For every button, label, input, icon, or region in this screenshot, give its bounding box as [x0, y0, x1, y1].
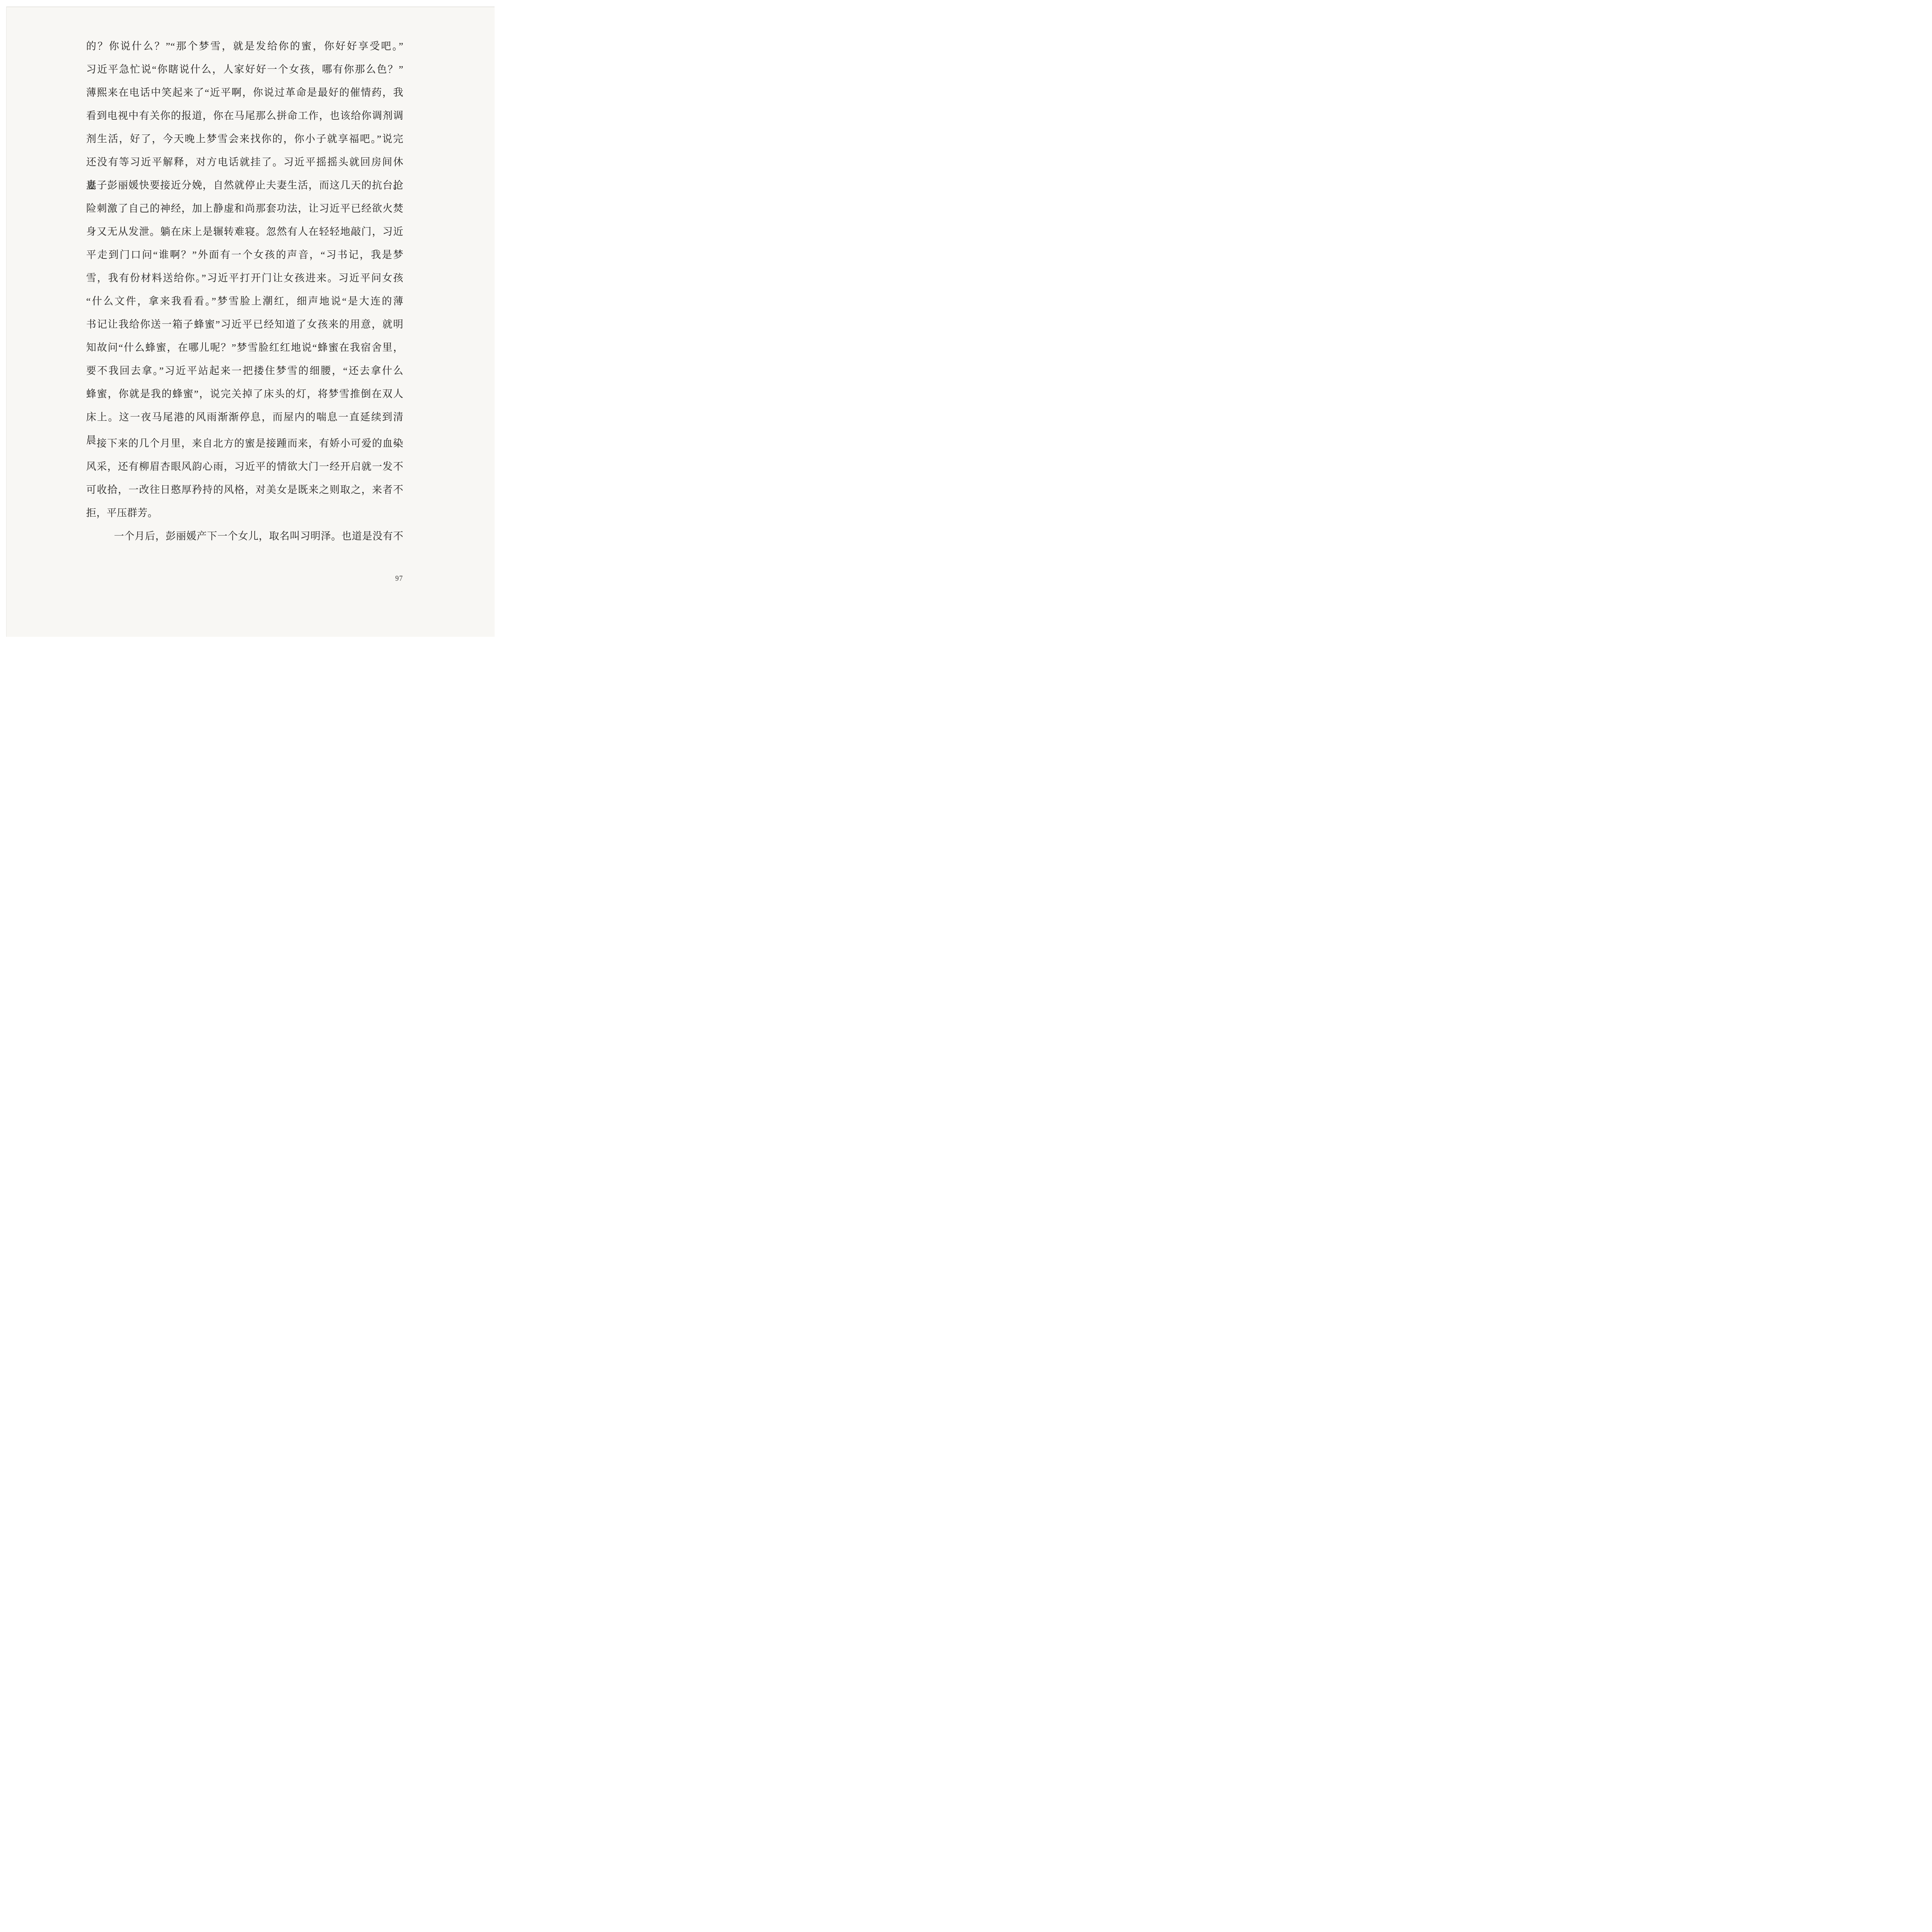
text-line-4: 看到电视中有关你的报道，你在马尾那么拼命工作，也该给你调剂调 [86, 104, 403, 128]
text-line-12: “什么文件，拿来我看看。”梦雪脸上潮红，细声地说“是大连的薄 [86, 290, 403, 313]
text-line-1: 的？你说什么？”“那个梦雪，就是发给你的蜜，你好好享受吧。” [86, 35, 403, 58]
text-line-19: 风采，还有柳眉杏眼风韵心雨，习近平的情欲大门一经开启就一发不 [86, 455, 403, 478]
text-line-2: 习近平急忙说“你瞎说什么，人家好好一个女孩，哪有你那么色？” [86, 58, 403, 81]
text-line-10: 平走到门口问“谁啊？”外面有一个女孩的声音，“习书记，我是梦 [86, 243, 403, 267]
text-line-3: 薄熙来在电话中笑起来了“近平啊，你说过革命是最好的催情药，我 [86, 81, 403, 104]
text-line-6: 还没有等习近平解释，对方电话就挂了。习近平摇摇头就回房间休息。 [86, 151, 403, 174]
body-text: 的？你说什么？”“那个梦雪，就是发给你的蜜，你好好享受吧。” 习近平急忙说“你瞎… [86, 35, 403, 548]
text-line-18: 接下来的几个月里，来自北方的蜜是接踵而来，有娇小可爱的血染 [86, 432, 403, 455]
text-line-17: 床上。这一夜马尾港的风雨渐渐停息，而屋内的喘息一直延续到清晨。 [86, 406, 403, 429]
text-line-22: 一个月后，彭丽媛产下一个女儿，取名叫习明泽。也道是没有不 [86, 525, 403, 548]
text-line-21: 拒，平压群芳。 [86, 502, 403, 525]
page-number: 97 [395, 571, 414, 586]
text-line-16: 蜂蜜，你就是我的蜂蜜”，说完关掉了床头的灯，将梦雪推倒在双人 [86, 383, 403, 406]
text-line-11: 雪，我有份材料送给你。”习近平打开门让女孩进来。习近平问女孩 [86, 267, 403, 290]
text-line-14: 知故问“什么蜂蜜，在哪儿呢？”梦雪脸红红地说“蜂蜜在我宿舍里， [86, 336, 403, 359]
scanned-page: 的？你说什么？”“那个梦雪，就是发给你的蜜，你好好享受吧。” 习近平急忙说“你瞎… [6, 7, 495, 637]
text-line-7: 妻子彭丽媛快要接近分娩，自然就停止夫妻生活，而这几天的抗台抢 [86, 174, 403, 197]
text-line-5: 剂生活，好了，今天晚上梦雪会来找你的，你小子就享福吧。”说完 [86, 128, 403, 151]
text-line-8: 险刺激了自己的神经，加上静虚和尚那套功法，让习近平已经欲火焚 [86, 197, 403, 220]
text-line-15: 要不我回去拿。”习近平站起来一把搂住梦雪的细腰，“还去拿什么 [86, 359, 403, 383]
text-line-20: 可收拾，一改往日憨厚矜持的风格，对美女是既来之则取之，来者不 [86, 478, 403, 502]
text-line-9: 身又无从发泄。躺在床上是辗转难寝。忽然有人在轻轻地敲门，习近 [86, 220, 403, 243]
text-line-13: 书记让我给你送一箱子蜂蜜”习近平已经知道了女孩来的用意，就明 [86, 313, 403, 336]
